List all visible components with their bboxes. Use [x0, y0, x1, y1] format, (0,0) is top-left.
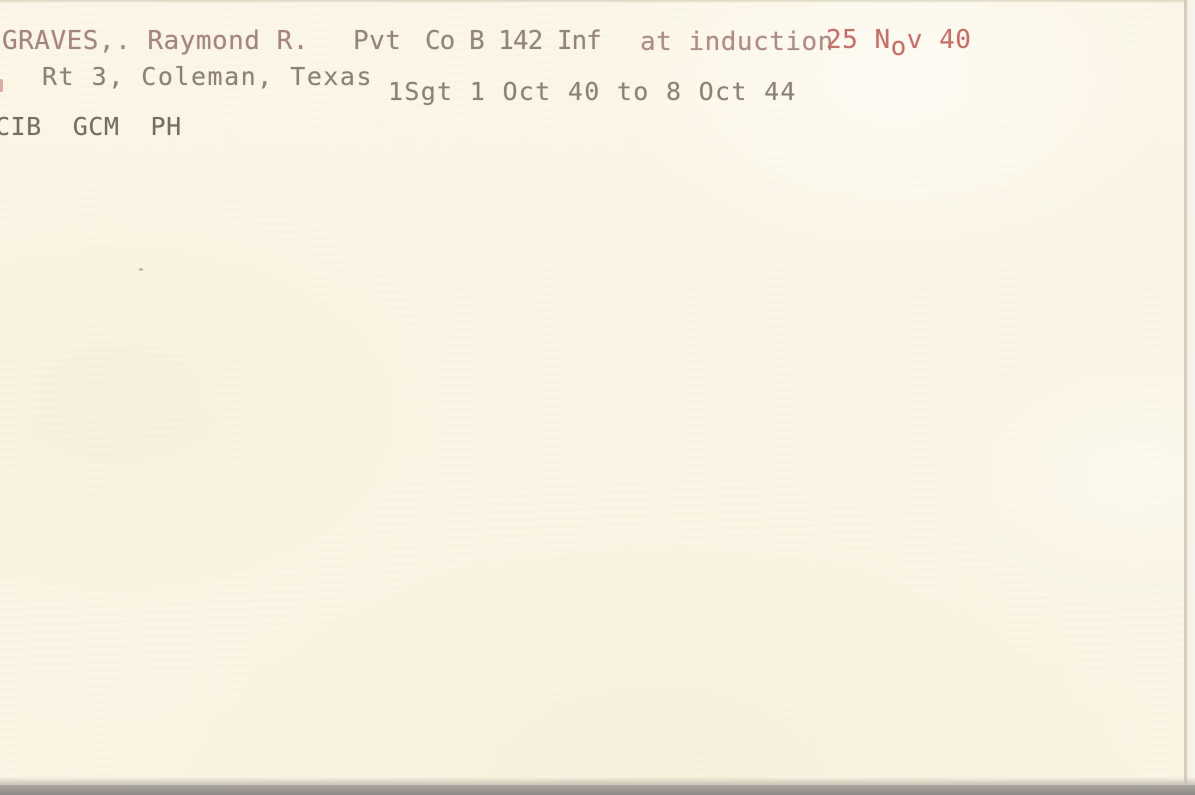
induction-date-subscript: o — [891, 32, 907, 62]
soldier-rank: Pvt — [353, 26, 401, 56]
soldier-unit: Co B 142 Inf — [425, 26, 601, 56]
left-edge-ink-mark — [0, 79, 3, 92]
awards-line: CIB GCM PH — [0, 112, 182, 141]
paper-speck — [139, 267, 144, 271]
induction-date-prefix: 25 N — [826, 25, 891, 55]
service-dates: 1Sgt 1 Oct 40 to 8 Oct 44 — [388, 77, 797, 106]
scan-right-margin — [1187, 0, 1195, 795]
induction-note: at induction — [640, 27, 834, 57]
induction-date: 25 Nov 40 — [826, 25, 971, 55]
card-top-edge — [0, 0, 1195, 3]
home-address: Rt 3, Coleman, Texas — [42, 62, 373, 91]
scanned-index-card: GRAVES,. Raymond R. Pvt Co B 142 Inf at … — [0, 0, 1195, 795]
soldier-name: GRAVES,. Raymond R. — [2, 26, 309, 56]
scan-bottom-edge — [0, 785, 1195, 795]
induction-date-suffix: v 40 — [907, 25, 972, 55]
card-bottom-shadow — [0, 777, 1195, 785]
